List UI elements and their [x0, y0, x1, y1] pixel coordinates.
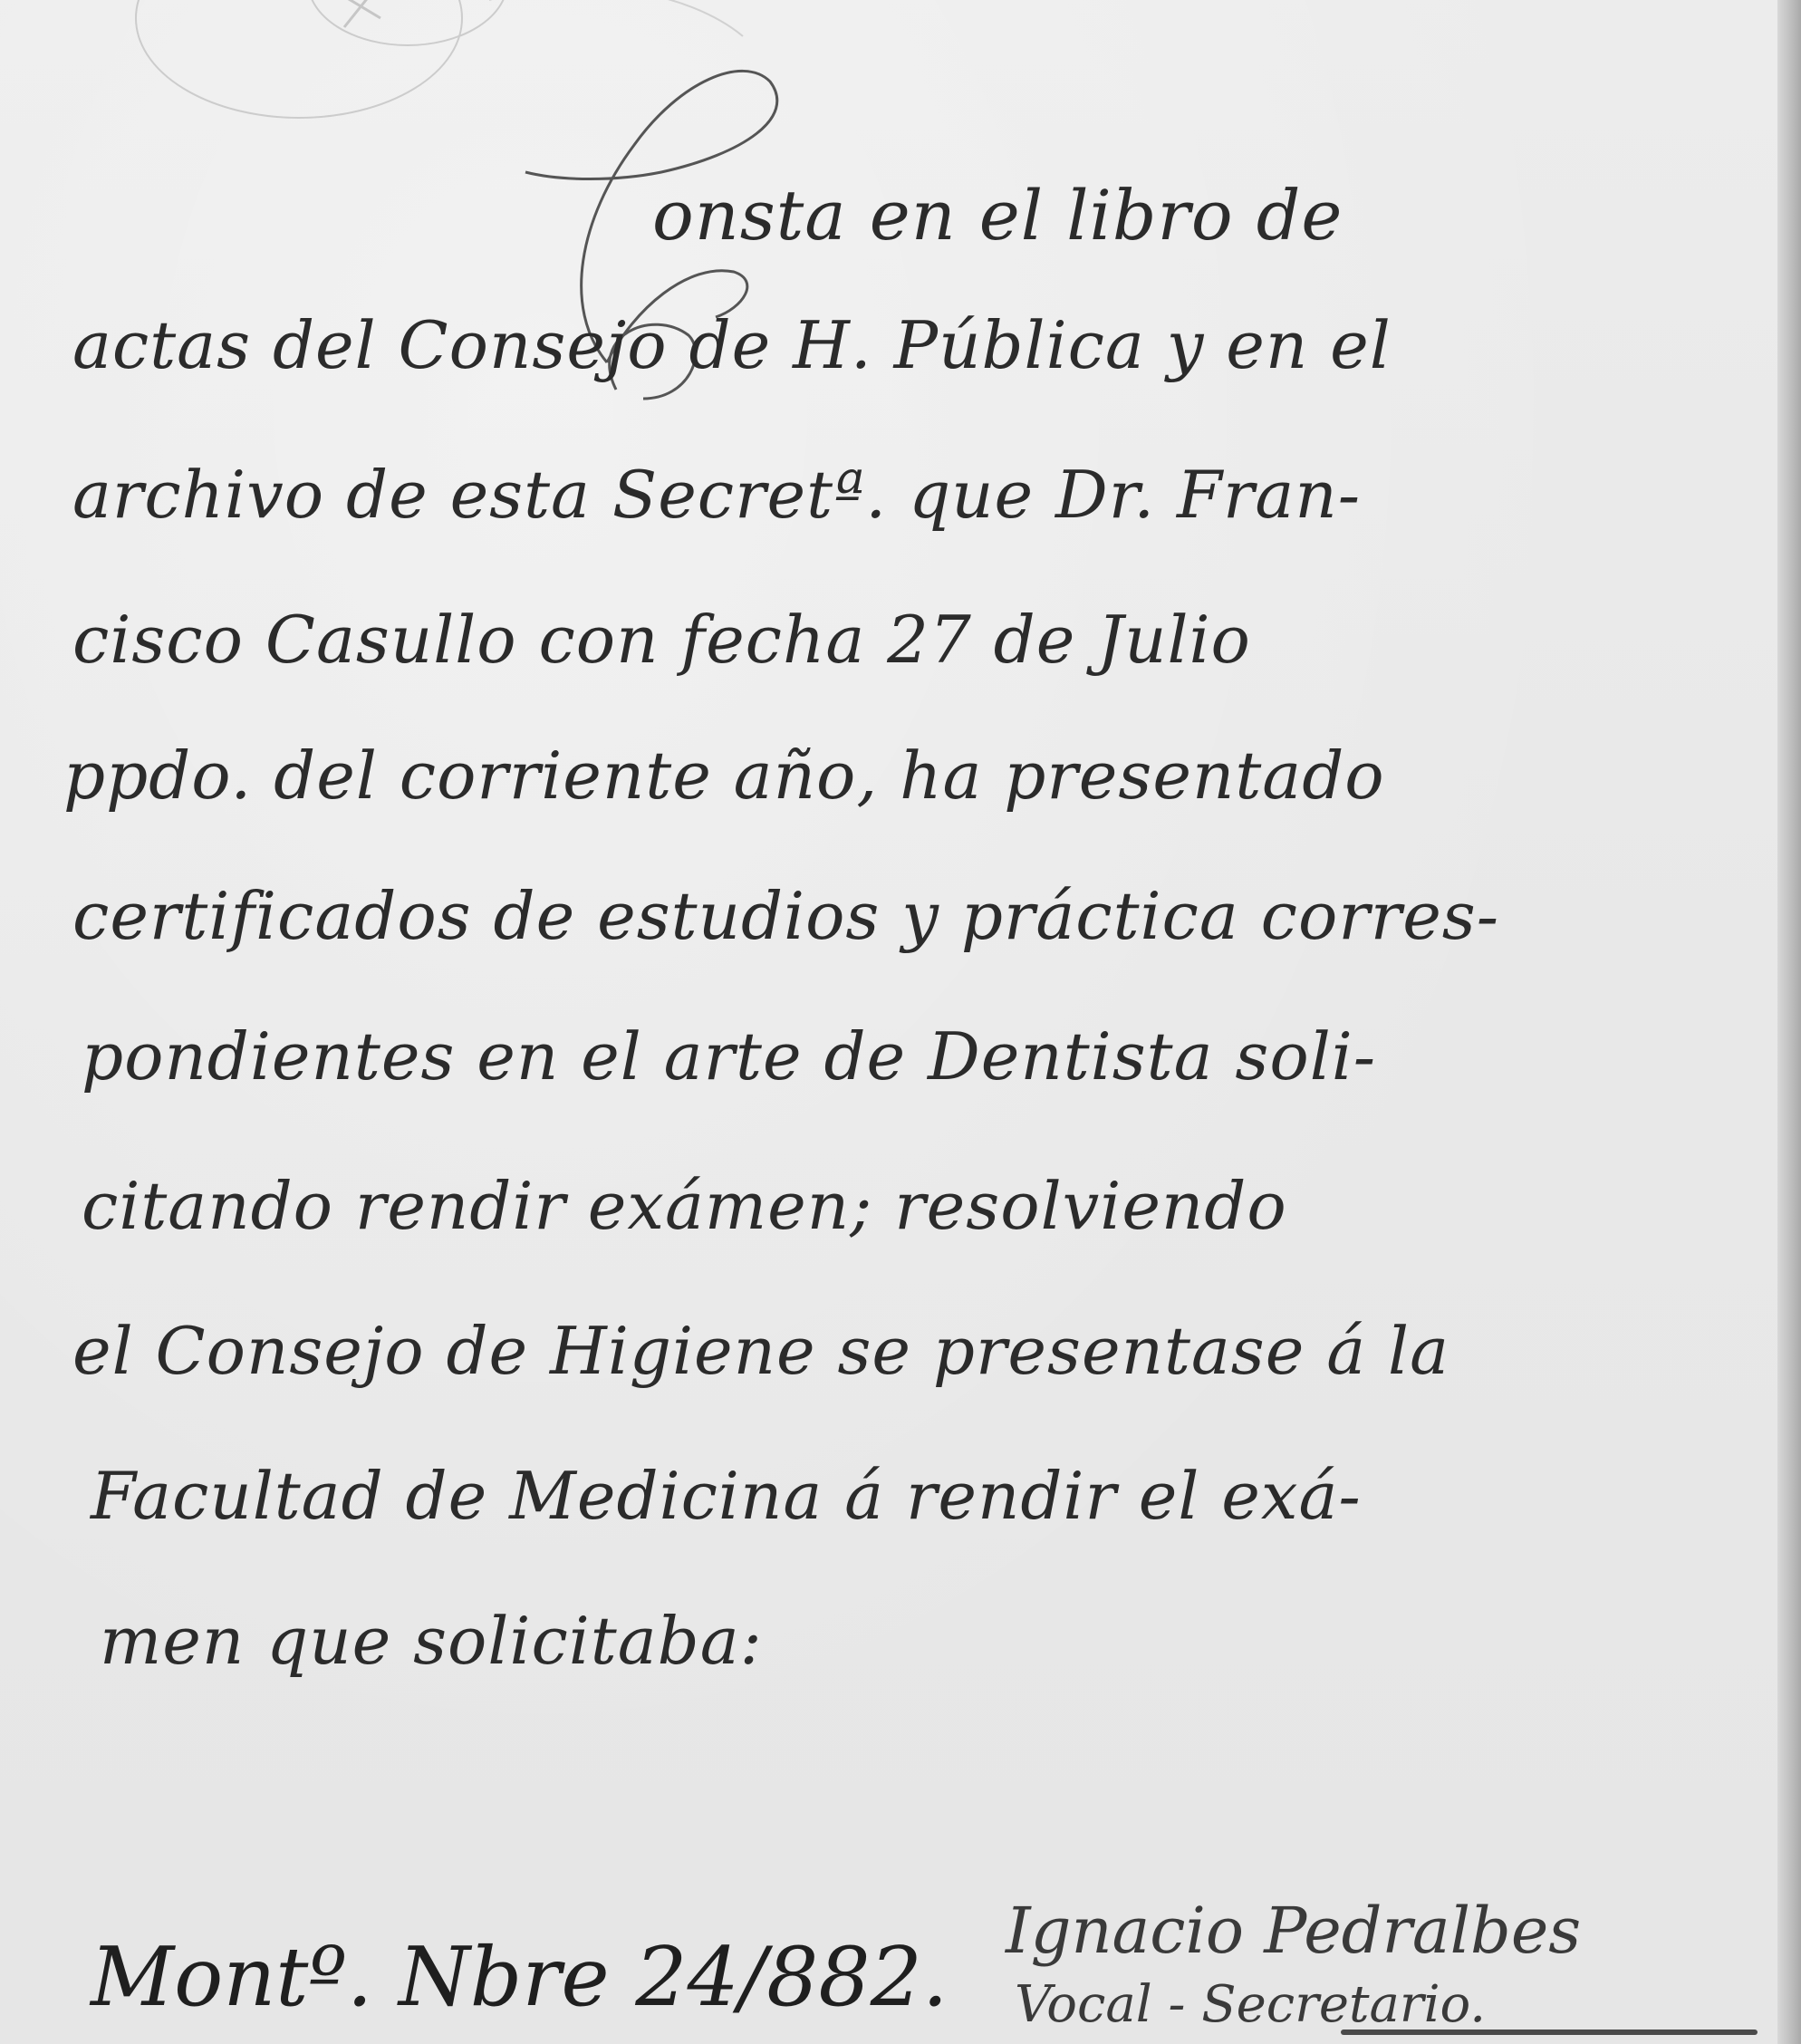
manuscript-page: onsta en el libro de actas del Consejo d… [0, 0, 1801, 2044]
signature-title: Vocal - Secretario. [1015, 1975, 1486, 2034]
text-line-3: archivo de esta Secretª. que Dr. Fran- [72, 462, 1361, 527]
text-line-7: pondientes en el arte de Dentista soli- [82, 1024, 1376, 1089]
signature-underline [1341, 2030, 1758, 2035]
text-line-2: actas del Consejo de H. Pública y en el [72, 313, 1392, 378]
text-line-6: certificados de estudios y práctica corr… [72, 883, 1499, 949]
page-edge-shadow [1777, 0, 1801, 2044]
signature-name: Ignacio Pedralbes [1006, 1894, 1581, 1968]
text-line-5: ppdo. del corriente año, ha presentado [63, 743, 1385, 808]
text-line-4: cisco Casullo con fecha 27 de Julio [72, 607, 1251, 672]
text-line-10: Facultad de Medicina á rendir el exá- [91, 1463, 1362, 1528]
text-line-1: onsta en el libro de [652, 181, 1343, 250]
text-line-8: citando rendir exámen; resolviendo [82, 1173, 1287, 1239]
place-and-date: Montº. Nbre 24/882. [91, 1930, 949, 2025]
text-line-11: men que solicitaba: [100, 1608, 763, 1673]
text-line-9: el Consejo de Higiene se presentase á la [72, 1318, 1449, 1384]
